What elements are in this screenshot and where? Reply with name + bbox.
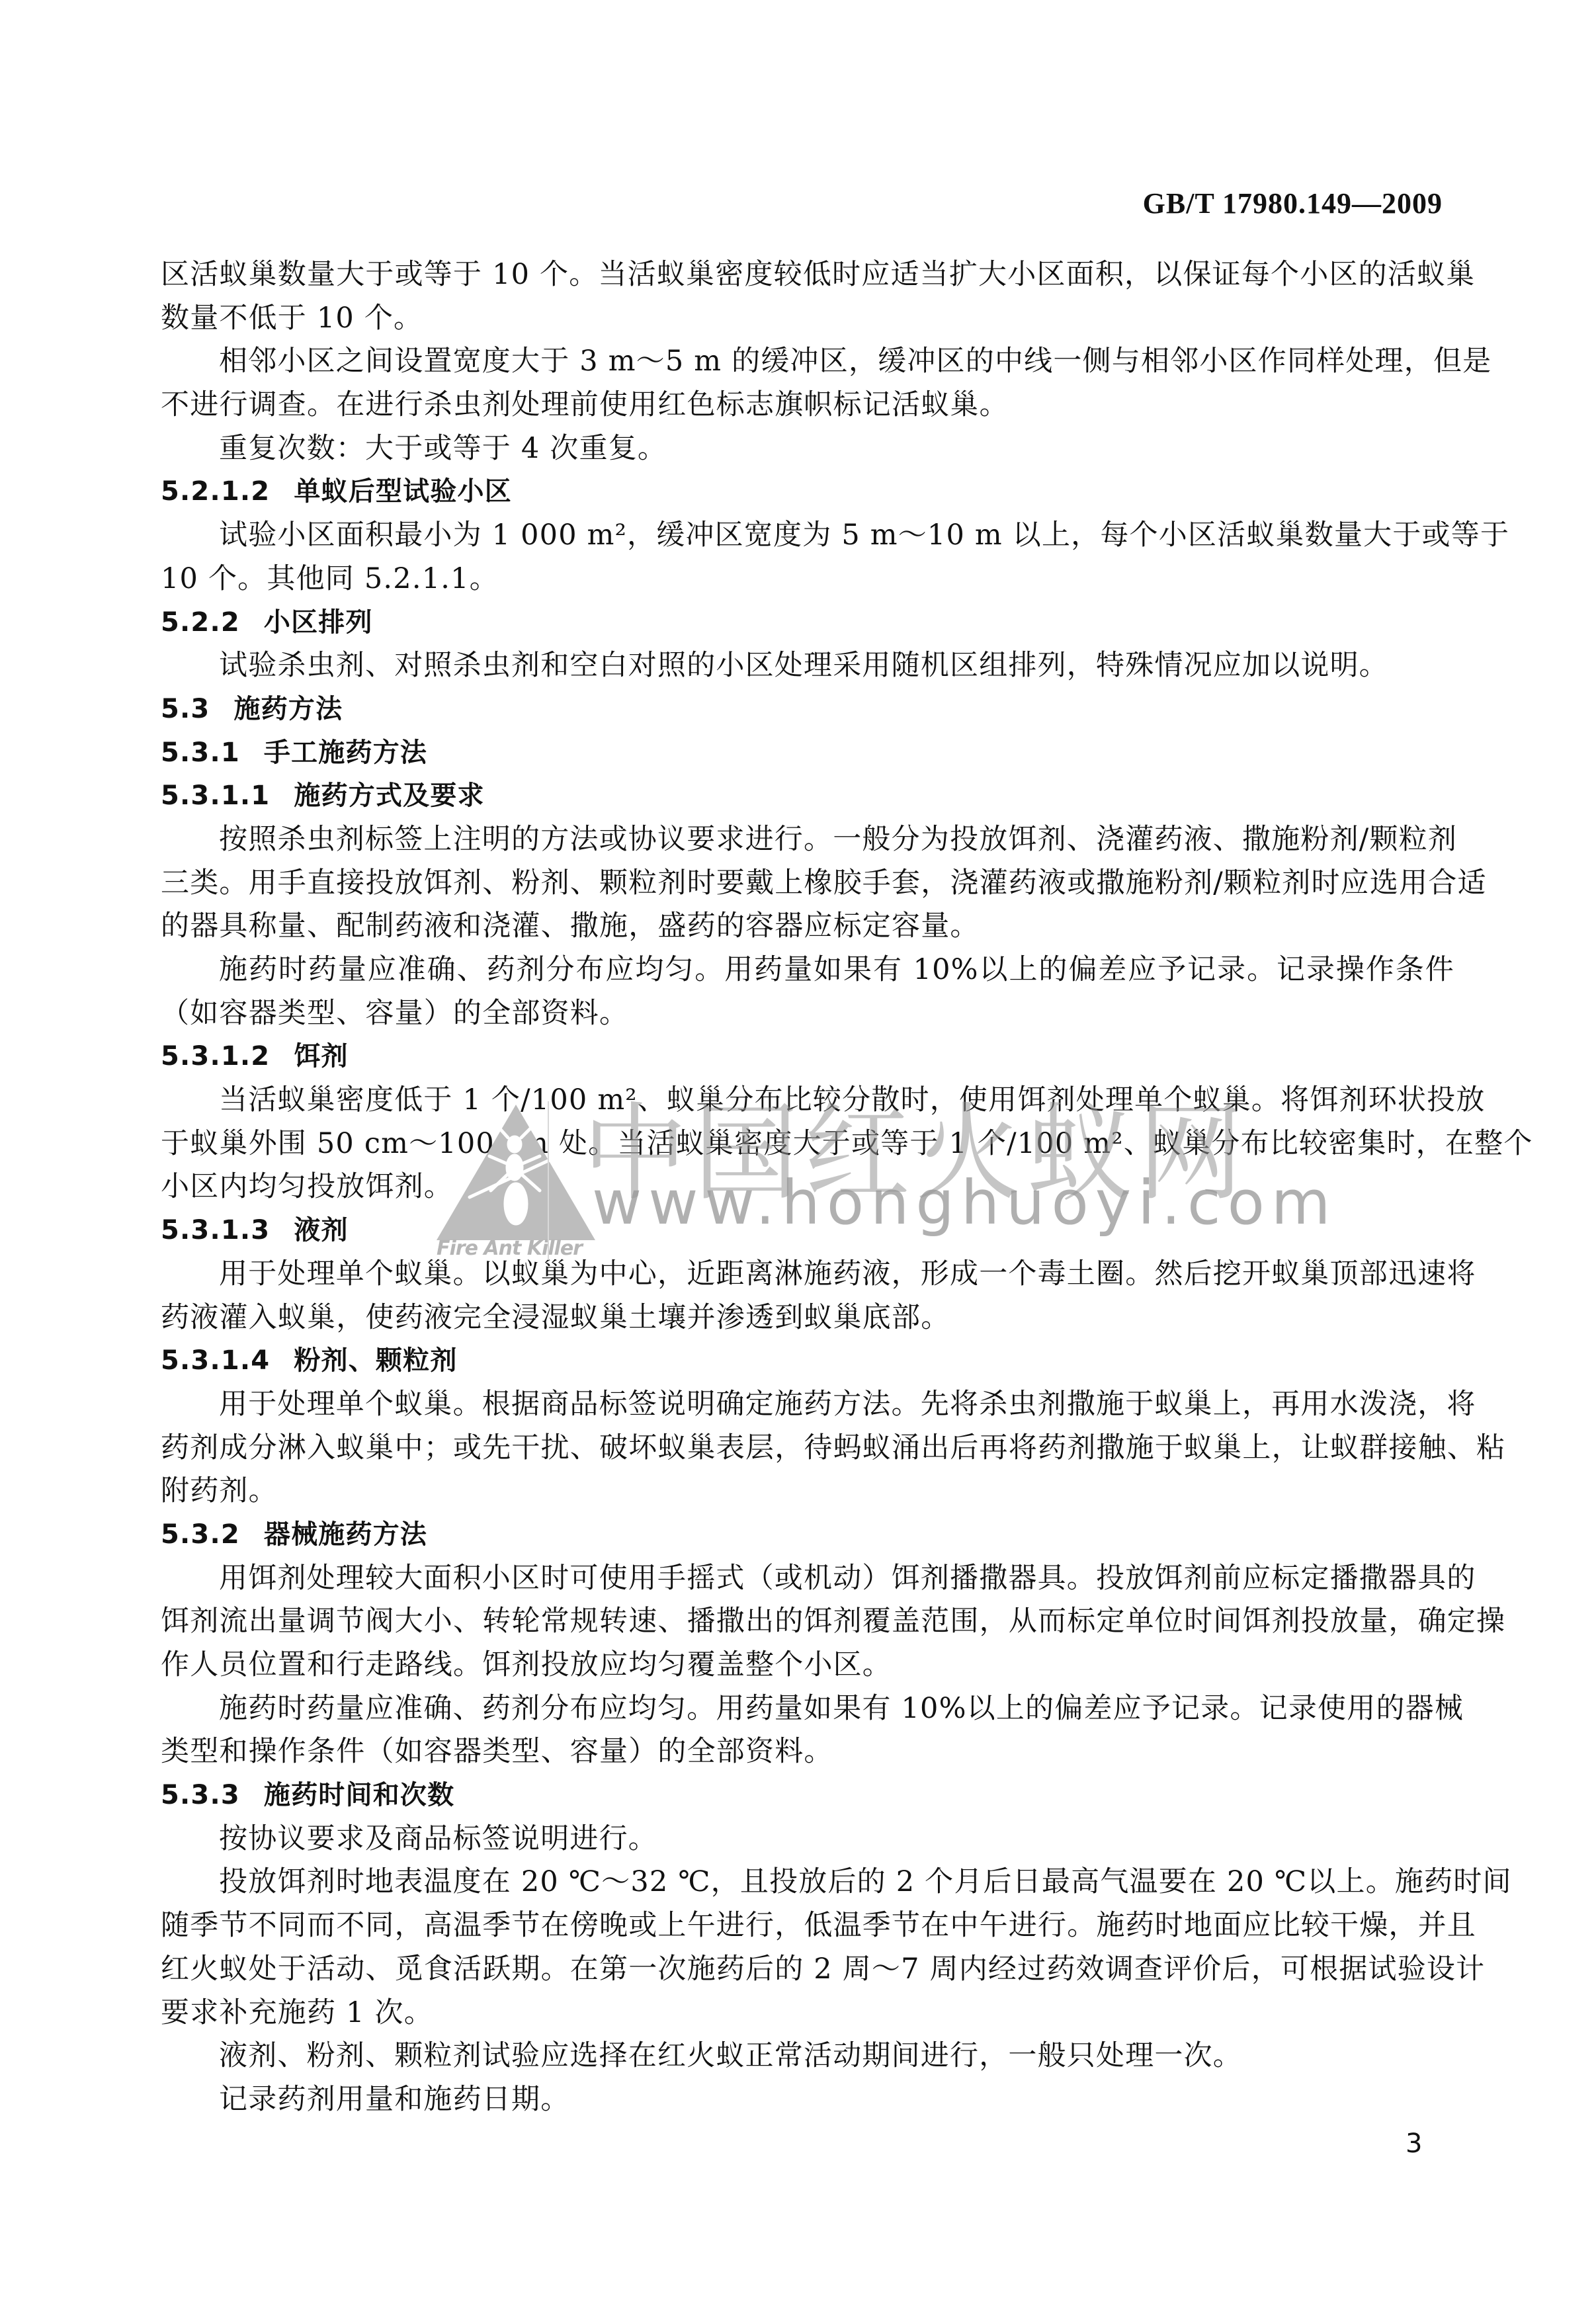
section-title: 施药方法 xyxy=(233,694,343,724)
paragraph-line: 液剂、粉剂、颗粒剂试验应选择在红火蚁正常活动期间进行，一般只处理一次。 xyxy=(161,2035,1454,2078)
section-heading: 5.3.1.1施药方式及要求 xyxy=(161,775,1454,818)
section-number: 5.3.1 xyxy=(161,732,240,775)
paragraph-line: 类型和操作条件（如容器类型、容量）的全部资料。 xyxy=(161,1730,1454,1774)
paragraph-line: 的器具称量、配制药液和浇灌、撒施，盛药的容器应标定容量。 xyxy=(161,905,1454,948)
paragraph-line: 要求补充施药 1 次。 xyxy=(161,1992,1454,2035)
section-number: 5.3 xyxy=(161,688,210,732)
paragraph-line: 记录药剂用量和施药日期。 xyxy=(161,2078,1454,2122)
paragraph-line: 于蚁巢外围 50 cm～100 cm 处。当活蚁巢密度大于或等于 1 个/100… xyxy=(161,1122,1454,1166)
paragraph-line: 三类。用手直接投放饵剂、粉剂、颗粒剂时要戴上橡胶手套，浇灌药液或撒施粉剂/颗粒剂… xyxy=(161,862,1454,905)
section-title: 小区排列 xyxy=(264,607,373,638)
paragraph-line: 附药剂。 xyxy=(161,1470,1454,1513)
section-title: 饵剂 xyxy=(294,1041,348,1072)
paragraph-line: 按照杀虫剂标签上注明的方法或协议要求进行。一般分为投放饵剂、浇灌药液、撒施粉剂/… xyxy=(161,818,1454,862)
paragraph-line: 用饵剂处理较大面积小区时可使用手摇式（或机动）饵剂播撒器具。投放饵剂前应标定播撒… xyxy=(161,1557,1454,1601)
paragraph-line: 10 个。其他同 5.2.1.1。 xyxy=(161,558,1454,601)
document-page: GB/T 17980.149—2009 区活蚁巢数量大于或等于 10 个。当活蚁… xyxy=(0,0,1596,2315)
paragraph-line: 试验杀虫剂、对照杀虫剂和空白对照的小区处理采用随机区组排列，特殊情况应加以说明。 xyxy=(161,644,1454,688)
paragraph-line: 不进行调查。在进行杀虫剂处理前使用红色标志旗帜标记活蚁巢。 xyxy=(161,384,1454,427)
section-heading: 5.3.3施药时间和次数 xyxy=(161,1774,1454,1818)
paragraph-line: 药剂成分淋入蚁巢中；或先干扰、破坏蚁巢表层，待蚂蚁涌出后再将药剂撒施于蚁巢上，让… xyxy=(161,1427,1454,1470)
paragraph-line: 数量不低于 10 个。 xyxy=(161,297,1454,341)
paragraph-line: 红火蚁处于活动、觅食活跃期。在第一次施药后的 2 周～7 周内经过药效调查评价后… xyxy=(161,1948,1454,1992)
paragraph-line: 小区内均匀投放饵剂。 xyxy=(161,1165,1454,1209)
paragraph-line: 饵剂流出量调节阀大小、转轮常规转速、播撒出的饵剂覆盖范围，从而标定单位时间饵剂投… xyxy=(161,1600,1454,1644)
paragraph-line: 投放饵剂时地表温度在 20 ℃～32 ℃，且投放后的 2 个月后日最高气温要在 … xyxy=(161,1861,1454,1904)
section-title: 液剂 xyxy=(294,1215,348,1245)
section-number: 5.3.1.2 xyxy=(161,1035,270,1079)
paragraph-line: 随季节不同而不同，高温季节在傍晚或上午进行，低温季节在中午进行。施药时地面应比较… xyxy=(161,1904,1454,1948)
paragraph-line: 施药时药量应准确、药剂分布应均匀。用药量如果有 10%以上的偏差应予记录。记录操… xyxy=(161,948,1454,992)
paragraph-line: 相邻小区之间设置宽度大于 3 m～5 m 的缓冲区，缓冲区的中线一侧与相邻小区作… xyxy=(161,340,1454,384)
paragraph-line: （如容器类型、容量）的全部资料。 xyxy=(161,992,1454,1036)
section-title: 施药时间和次数 xyxy=(264,1780,454,1810)
section-number: 5.3.1.1 xyxy=(161,775,270,818)
paragraph-line: 施药时药量应准确、药剂分布应均匀。用药量如果有 10%以上的偏差应予记录。记录使… xyxy=(161,1687,1454,1731)
section-heading: 5.2.1.2单蚁后型试验小区 xyxy=(161,470,1454,514)
section-number: 5.3.3 xyxy=(161,1774,240,1818)
section-number: 5.3.1.4 xyxy=(161,1339,270,1383)
page-number: 3 xyxy=(1406,2128,1422,2159)
section-heading: 5.3施药方法 xyxy=(161,688,1454,732)
section-number: 5.3.2 xyxy=(161,1513,240,1557)
section-heading: 5.3.1手工施药方法 xyxy=(161,732,1454,775)
paragraph-line: 按协议要求及商品标签说明进行。 xyxy=(161,1818,1454,1861)
section-heading: 5.3.1.4粉剂、颗粒剂 xyxy=(161,1339,1454,1383)
paragraph-line: 用于处理单个蚁巢。根据商品标签说明确定施药方法。先将杀虫剂撒施于蚁巢上，再用水泼… xyxy=(161,1383,1454,1427)
section-heading: 5.3.1.3液剂 xyxy=(161,1209,1454,1253)
paragraph-line: 用于处理单个蚁巢。以蚁巢为中心，近距离淋施药液，形成一个毒土圈。然后挖开蚁巢顶部… xyxy=(161,1253,1454,1296)
section-title: 手工施药方法 xyxy=(264,737,427,768)
section-heading: 5.3.1.2饵剂 xyxy=(161,1035,1454,1079)
section-title: 施药方式及要求 xyxy=(294,780,484,811)
section-title: 粉剂、颗粒剂 xyxy=(294,1345,457,1376)
paragraph-line: 重复次数：大于或等于 4 次重复。 xyxy=(161,427,1454,471)
paragraph-line: 作人员位置和行走路线。饵剂投放应均匀覆盖整个小区。 xyxy=(161,1644,1454,1687)
section-number: 5.2.2 xyxy=(161,601,240,645)
paragraph-line: 区活蚁巢数量大于或等于 10 个。当活蚁巢密度较低时应适当扩大小区面积，以保证每… xyxy=(161,253,1454,297)
paragraph-line: 药液灌入蚁巢，使药液完全浸湿蚁巢土壤并渗透到蚁巢底部。 xyxy=(161,1296,1454,1340)
paragraph-line: 当活蚁巢密度低于 1 个/100 m²、蚁巢分布比较分散时，使用饵剂处理单个蚁巢… xyxy=(161,1079,1454,1122)
section-number: 5.3.1.3 xyxy=(161,1209,270,1253)
document-body: 区活蚁巢数量大于或等于 10 个。当活蚁巢密度较低时应适当扩大小区面积，以保证每… xyxy=(161,253,1454,2122)
section-title: 器械施药方法 xyxy=(264,1519,427,1550)
section-number: 5.2.1.2 xyxy=(161,470,270,514)
section-heading: 5.3.2器械施药方法 xyxy=(161,1513,1454,1557)
section-title: 单蚁后型试验小区 xyxy=(294,476,512,507)
paragraph-line: 试验小区面积最小为 1 000 m²，缓冲区宽度为 5 m～10 m 以上，每个… xyxy=(161,514,1454,558)
section-heading: 5.2.2小区排列 xyxy=(161,601,1454,645)
standard-code-header: GB/T 17980.149—2009 xyxy=(1143,187,1443,220)
